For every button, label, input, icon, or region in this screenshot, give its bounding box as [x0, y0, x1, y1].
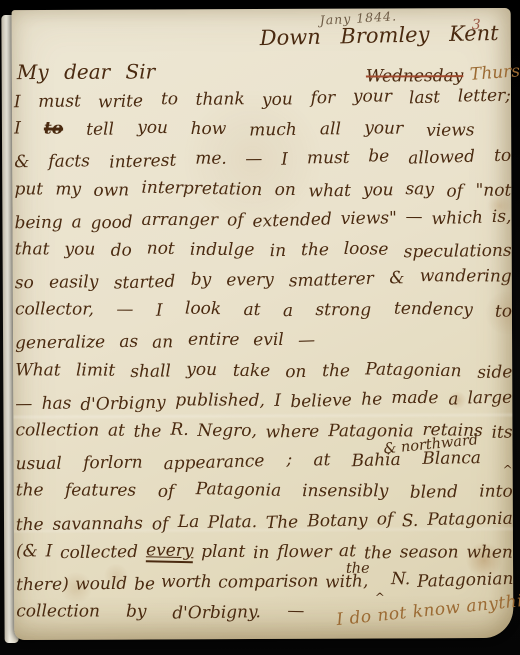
letter-line: —hasd'Orbignypublished,Ibelievehemadeala… — [15, 388, 512, 425]
word: believe — [290, 390, 352, 412]
word: ; — [286, 450, 292, 470]
letter-line: usualforlornappearance;atBahiaBlanca^& n… — [15, 448, 512, 485]
word: the — [301, 240, 329, 260]
word: of — [376, 509, 393, 529]
word: to — [495, 302, 512, 322]
letter-line: thesavannahsofLaPlata.TheBotanyofS.Patag… — [16, 508, 513, 545]
word: my — [55, 179, 81, 199]
word: — — [406, 207, 423, 227]
word: in — [269, 241, 286, 261]
word: you — [363, 180, 394, 200]
photo-backdrop: Jany 1844. 3 Down Bromley Kent My dear S… — [0, 0, 520, 655]
letter-line: putmyowninterpretationonwhatyousayof"not — [14, 179, 511, 210]
word: take — [233, 361, 270, 381]
salutation: My dear Sir — [17, 59, 155, 84]
word: at — [243, 300, 260, 320]
word: a — [71, 212, 81, 232]
word: you — [187, 359, 218, 380]
word: flower — [277, 542, 331, 562]
word: would — [75, 574, 127, 595]
word: every — [226, 270, 274, 291]
address-line: Down Bromley Kent — [260, 21, 499, 50]
letter-line: thefeaturesofPatagoniainsensiblyblendint… — [16, 481, 513, 512]
word: easily — [49, 272, 99, 293]
word: plant — [201, 542, 245, 562]
word: arranger — [142, 210, 219, 230]
word: for — [310, 88, 335, 108]
word: look — [185, 299, 222, 320]
day-annotation: WednesdayThursday — [366, 66, 520, 87]
word: blend — [410, 483, 459, 504]
word: I — [156, 301, 163, 321]
word: appearance — [164, 451, 265, 474]
word: how — [191, 119, 227, 139]
word: all — [320, 119, 341, 139]
word: facts — [48, 152, 90, 173]
word: allowed — [408, 147, 475, 169]
word: your — [353, 86, 392, 106]
word: Patagonian — [416, 569, 513, 592]
word: — — [245, 149, 262, 169]
word: large — [467, 388, 512, 409]
word: indulge — [190, 240, 255, 260]
inserted-text: the — [346, 561, 370, 577]
word: last — [409, 87, 441, 108]
word: thank — [195, 89, 244, 110]
word: being — [14, 212, 62, 233]
word: N. — [391, 569, 410, 589]
word: me. — [195, 149, 227, 169]
word: generalize — [15, 332, 105, 353]
word: that — [15, 239, 50, 259]
word: & — [14, 152, 29, 172]
word: collection — [16, 602, 100, 622]
word: you — [137, 118, 168, 139]
word: must — [38, 91, 81, 112]
word: forlorn — [83, 453, 143, 474]
letter-line: collectionbyd'Orbigny.—I do not know any… — [16, 602, 513, 633]
word: views — [426, 120, 475, 141]
word: in — [253, 543, 270, 563]
word: speculations — [404, 241, 512, 263]
word: I — [274, 391, 281, 411]
word: tell — [86, 120, 114, 140]
word: say — [406, 179, 435, 200]
letter-line: beingagoodarrangerofextendedviews"—which… — [14, 206, 511, 243]
word: d'Orbigny — [80, 392, 166, 415]
word: put — [14, 179, 43, 199]
word: comparison — [218, 571, 319, 592]
letter-line: soeasilystartedbyeverysmatterer&wanderin… — [15, 267, 512, 304]
word: savannahs — [52, 513, 143, 534]
word: must — [307, 148, 350, 169]
word: by — [126, 602, 147, 622]
word: the — [322, 361, 350, 381]
letter-page: Jany 1844. 3 Down Bromley Kent My dear S… — [12, 8, 514, 640]
word: R. — [170, 420, 189, 440]
word: write — [98, 91, 144, 112]
word: not — [147, 238, 175, 259]
word: a — [448, 389, 459, 409]
word: started — [113, 272, 175, 294]
letter-line: Imustwritetothankyouforyourlastletter; — [14, 86, 511, 123]
word: of — [447, 181, 464, 201]
word: much — [249, 120, 297, 141]
word: which — [431, 207, 483, 229]
word: as — [119, 331, 138, 351]
letter-body: Imustwritetothankyouforyourlastletter;It… — [14, 88, 513, 634]
word: so — [15, 273, 34, 293]
word: when — [466, 542, 513, 562]
word: by — [190, 270, 211, 290]
letter-line: collector,—Ilookatastrongtendencyto — [15, 300, 512, 331]
word: be — [133, 574, 155, 595]
word: S. — [402, 510, 419, 530]
letter-line: WhatlimitshallyoutakeonthePatagonianside — [15, 360, 512, 391]
word: strong — [315, 300, 371, 320]
letter-line: (&Icollectedeveryplantinflowerattheseaso… — [16, 541, 513, 572]
word: of — [152, 514, 169, 534]
letter-line: Itotellyouhowmuchallyourviews — [14, 119, 474, 150]
word: Patagonia — [427, 508, 513, 529]
word: has — [41, 393, 71, 413]
word: Patagonia — [195, 480, 281, 502]
word: d'Orbigny. — [172, 602, 261, 623]
word: Patagonia — [328, 421, 413, 441]
word: made — [391, 388, 438, 408]
word: he — [361, 389, 382, 409]
word: at — [108, 421, 125, 441]
word: there) — [16, 575, 69, 596]
word: letter; — [458, 86, 511, 107]
word: of — [157, 482, 174, 502]
word: — — [298, 330, 316, 351]
word: you — [262, 89, 293, 110]
letter-line: generalizeasanentireevil— — [15, 329, 315, 363]
word: Negro, — [197, 421, 257, 441]
word: be — [368, 147, 389, 167]
word: an — [152, 332, 174, 353]
word: at — [313, 450, 330, 470]
word: good — [90, 212, 133, 233]
word: the — [16, 515, 44, 535]
struck-day: Wednesday — [366, 66, 463, 86]
word: usual — [15, 454, 61, 475]
word: shall — [130, 361, 171, 382]
word: insensibly — [302, 482, 388, 502]
insertion-caret: ^ — [503, 463, 513, 477]
word: what — [308, 180, 351, 201]
word: the — [16, 481, 44, 501]
word: collected — [60, 542, 138, 563]
word: on — [285, 362, 306, 382]
word: into — [479, 482, 513, 502]
word: interest — [109, 151, 177, 173]
word: I — [14, 92, 21, 112]
word: collector, — [15, 300, 94, 320]
word: wandering — [420, 266, 512, 286]
replacement-day: Thursday — [470, 59, 520, 85]
word: limit — [76, 360, 115, 380]
word: is, — [492, 206, 512, 226]
word: entire — [188, 329, 240, 349]
word: on — [275, 180, 296, 200]
word: evil — [253, 329, 284, 349]
word: you — [65, 239, 96, 259]
word: collection — [15, 420, 99, 440]
word: own — [93, 180, 129, 201]
underlined-word: every — [146, 540, 194, 563]
word: smatterer — [289, 269, 375, 292]
word: a — [283, 301, 293, 321]
word: at — [339, 541, 356, 561]
letter-line: &factsinterestme.—Imustbeallowedto — [14, 146, 511, 183]
word: loose — [344, 239, 389, 260]
word: & — [389, 268, 404, 288]
word: Plata. — [208, 512, 258, 533]
word: The — [266, 512, 299, 533]
word: to — [494, 146, 511, 166]
word: — — [15, 394, 32, 414]
word: published, — [175, 390, 265, 410]
word: do — [110, 240, 131, 260]
word: Botany — [307, 510, 368, 531]
word: of — [227, 210, 244, 230]
word: I — [46, 541, 53, 561]
word: to — [161, 89, 178, 109]
word: Patagonian — [365, 359, 462, 381]
word: views" — [341, 208, 397, 229]
word: extended — [252, 209, 332, 231]
word: I — [14, 119, 21, 139]
struck-word: to — [44, 119, 63, 139]
word: I — [281, 150, 288, 170]
word: — — [116, 300, 133, 320]
word: worth — [161, 572, 212, 592]
word: La — [177, 512, 199, 532]
word: the — [134, 422, 162, 442]
word: — — [287, 601, 304, 621]
word: features — [65, 481, 136, 501]
word: What — [15, 360, 60, 380]
word: where — [266, 422, 320, 443]
word: interpretation — [141, 177, 262, 199]
word: its — [491, 423, 512, 443]
word: (& — [16, 541, 38, 561]
word: your — [364, 118, 403, 139]
word: "not — [475, 180, 511, 200]
word: side — [477, 362, 512, 383]
word: tendency — [393, 299, 472, 321]
word: season — [400, 542, 459, 562]
